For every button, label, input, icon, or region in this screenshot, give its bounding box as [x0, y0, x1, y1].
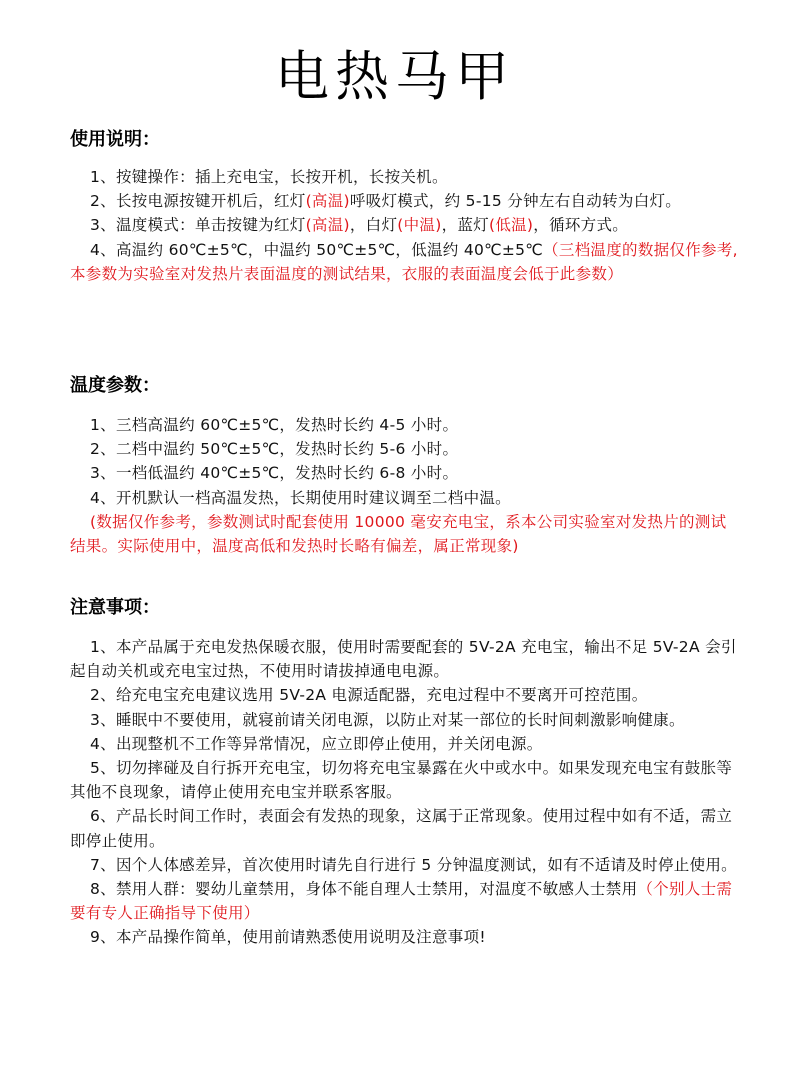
high-temp-label: (高温)	[306, 216, 350, 234]
temperature-section: 温度参数： 1、三档高温约 60℃±5℃，发热时长约 4-5 小时。 2、二档中…	[70, 373, 740, 558]
usage-section: 使用说明： 1、按键操作：插上充电宝，长按开机，长按关机。 2、长按电源按键开机…	[70, 127, 740, 286]
low-temp-label: (低温)	[489, 216, 533, 234]
notes-item-2: 2、给充电宝充电建议选用 5V-2A 电源适配器，充电过程中不要离开可控范围。	[70, 683, 740, 707]
notes-item-7: 7、因个人体感差异，首次使用时请先自行进行 5 分钟温度测试，如有不适请及时停止…	[70, 853, 740, 877]
notes-item-8-text: 8、禁用人群：婴幼儿童禁用，身体不能自理人士禁用，对温度不敏感人士禁用	[90, 880, 637, 898]
notes-section: 注意事项： 1、本产品属于充电发热保暖衣服，使用时需要配套的 5V-2A 充电宝…	[70, 595, 740, 950]
high-temp-label: (高温)	[306, 192, 350, 210]
usage-item-3-text-end: ，循环方式。	[533, 216, 628, 234]
page-title: 电热马甲	[0, 42, 790, 112]
usage-item-2-text-end: 呼吸灯模式，约 5-15 分钟左右自动转为白灯。	[350, 192, 681, 210]
temperature-item-4: 4、开机默认一档高温发热，长期使用时建议调至二档中温。	[70, 486, 740, 510]
temperature-item-2: 2、二档中温约 50℃±5℃，发热时长约 5-6 小时。	[70, 437, 740, 461]
usage-item-4-text: 4、高温约 60℃±5℃，中温约 50℃±5℃，低温约 40℃±5℃	[90, 241, 543, 259]
white-light-text: ，白灯	[350, 216, 397, 234]
usage-item-2: 2、长按电源按键开机后，红灯(高温)呼吸灯模式，约 5-15 分钟左右自动转为白…	[70, 189, 740, 213]
notes-item-1: 1、本产品属于充电发热保暖衣服，使用时需要配套的 5V-2A 充电宝，输出不足 …	[70, 635, 740, 683]
temperature-item-1: 1、三档高温约 60℃±5℃，发热时长约 4-5 小时。	[70, 413, 740, 437]
usage-item-3: 3、温度模式：单击按键为红灯(高温)，白灯(中温)，蓝灯(低温)，循环方式。	[70, 213, 740, 237]
notes-heading: 注意事项：	[70, 595, 740, 621]
notes-item-3: 3、睡眠中不要使用，就寝前请关闭电源，以防止对某一部位的长时间刺激影响健康。	[70, 708, 740, 732]
usage-item-1: 1、按键操作：插上充电宝，长按开机，长按关机。	[70, 165, 740, 189]
notes-item-4: 4、出现整机不工作等异常情况，应立即停止使用，并关闭电源。	[70, 732, 740, 756]
temperature-disclaimer: (数据仅作参考，参数测试时配套使用 10000 毫安充电宝，系本公司实验室对发热…	[70, 510, 740, 558]
temperature-heading: 温度参数：	[70, 373, 740, 399]
notes-item-8: 8、禁用人群：婴幼儿童禁用，身体不能自理人士禁用，对温度不敏感人士禁用（个别人士…	[70, 877, 740, 925]
notes-item-9: 9、本产品操作简单，使用前请熟悉使用说明及注意事项!	[70, 925, 740, 949]
usage-item-4: 4、高温约 60℃±5℃，中温约 50℃±5℃，低温约 40℃±5℃（三档温度的…	[70, 238, 740, 286]
notes-item-6: 6、产品长时间工作时，表面会有发热的现象，这属于正常现象。使用过程中如有不适，需…	[70, 804, 740, 852]
mid-temp-label: (中温)	[397, 216, 441, 234]
usage-heading: 使用说明：	[70, 127, 740, 153]
usage-item-2-text: 2、长按电源按键开机后，红灯	[90, 192, 306, 210]
notes-item-5: 5、切勿摔碰及自行拆开充电宝，切勿将充电宝暴露在火中或水中。如果发现充电宝有鼓胀…	[70, 756, 740, 804]
blue-light-text: ，蓝灯	[442, 216, 489, 234]
usage-item-3-text: 3、温度模式：单击按键为红灯	[90, 216, 306, 234]
temperature-item-3: 3、一档低温约 40℃±5℃，发热时长约 6-8 小时。	[70, 461, 740, 485]
